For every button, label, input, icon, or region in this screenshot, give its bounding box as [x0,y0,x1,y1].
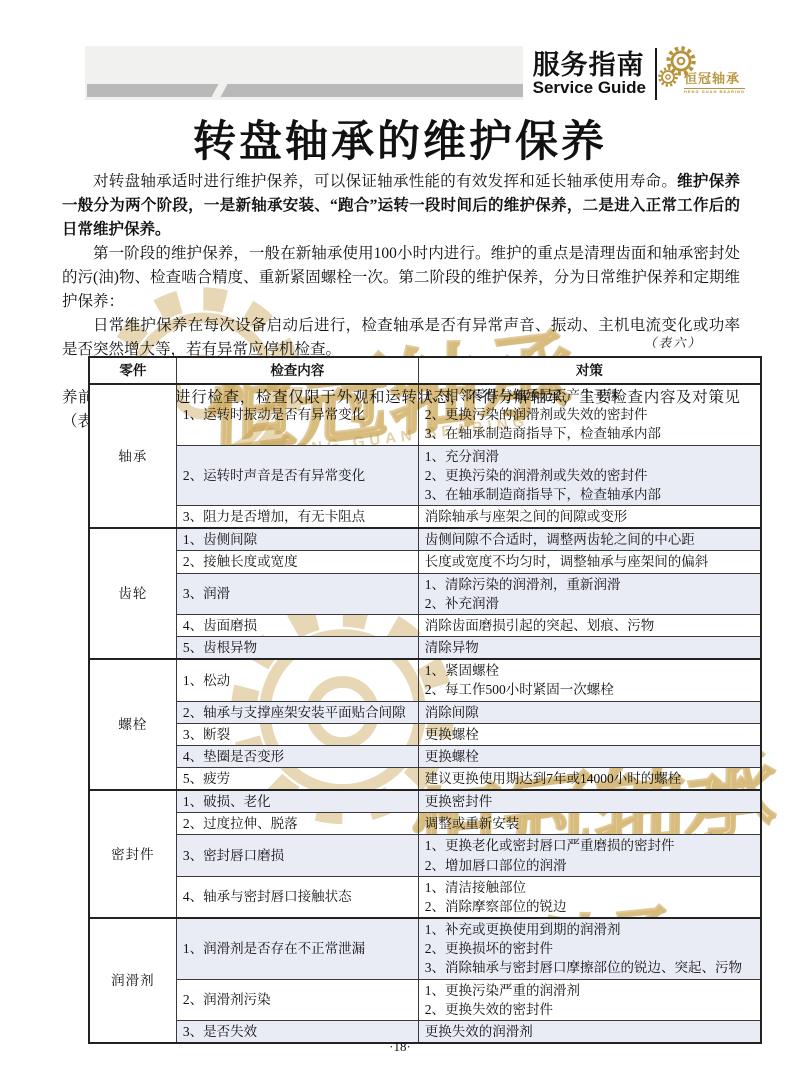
action-line: 清除异物 [425,638,754,657]
action-cell: 调整或重新安装 [418,813,761,835]
table-row: 2、接触长度或宽度长度或宽度不均匀时，调整轴承与座架间的偏斜 [89,551,761,573]
action-line: 消除轴承与座架之间的间隙或变形 [425,507,754,526]
action-line: 1、紧固螺栓 [425,661,754,680]
check-item-cell: 3、断裂 [176,723,418,745]
page-header: 服务指南 Service Guide 恒冠轴承 HE [85,46,750,102]
header-divider [655,48,657,100]
part-name-cell: 轴承 [89,384,176,528]
page-number: ·18· [0,1039,800,1055]
action-line: 更换密封件 [425,792,754,811]
action-cell: 更换螺栓 [418,723,761,745]
column-header-action: 对策 [418,357,761,384]
action-line: 3、在轴承制造商指导下，检查轴承内部 [425,485,754,504]
action-cell: 消除齿面磨损引起的突起、划痕、污物 [418,614,761,636]
action-line: 2、增加唇口部位的润滑 [425,856,754,875]
action-cell: 消除间隙 [418,701,761,723]
part-name-cell: 齿轮 [89,528,176,659]
check-item-cell: 2、过度拉伸、脱落 [176,813,418,835]
column-header-part: 零件 [89,357,176,384]
header-band [85,46,523,100]
check-item-cell: 1、破损、老化 [176,790,418,813]
check-item-cell: 1、运转时振动是否有异常变化 [176,384,418,445]
check-item-cell: 2、运转时声音是否有异常变化 [176,445,418,505]
action-line: 调整或重新安装 [425,814,754,833]
action-line: 1、清洁接触部位 [425,878,754,897]
action-line: 消除齿面磨损引起的突起、划痕、污物 [425,616,754,635]
part-name-cell: 润滑剂 [89,918,176,1043]
table-row: 3、密封唇口磨损1、更换老化或密封唇口严重磨损的密封件2、增加唇口部位的润滑 [89,835,761,876]
table-row: 4、轴承与密封唇口接触状态1、清洁接触部位2、消除摩察部位的锐边 [89,876,761,918]
check-item-cell: 4、垫圈是否变形 [176,745,418,767]
action-cell: 长度或宽度不均匀时，调整轴承与座架间的偏斜 [418,551,761,573]
table-row: 3、阻力是否增加，有无卡阻点消除轴承与座架之间的间隙或变形 [89,506,761,529]
table-row: 2、轴承与支撑座架安装平面贴合间隙消除间隙 [89,701,761,723]
action-line: 1、相邻零件与轴承是否产生干涉 [425,386,754,405]
table-row: 5、齿根异物清除异物 [89,637,761,660]
action-line: 建议更换使用期达到7年或14000小时的螺栓 [425,769,754,788]
header-title-en: Service Guide [533,79,646,97]
logo-brand-subtext: HENG GUAN BEARING [684,88,745,94]
header-bar [87,84,523,97]
check-item-cell: 3、密封唇口磨损 [176,835,418,876]
part-name-cell: 密封件 [89,790,176,918]
action-cell: 齿侧间隙不合适时，调整两齿轮之间的中心距 [418,528,761,551]
page-title: 转盘轴承的维护保养 [0,108,800,169]
check-item-cell: 2、接触长度或宽度 [176,551,418,573]
check-item-cell: 1、润滑剂是否存在不正常泄漏 [176,918,418,979]
action-cell: 1、相邻零件与轴承是否产生干涉2、更换污染的润滑剂或失效的密封件3、在轴承制造商… [418,384,761,445]
action-line: 2、补充润滑 [425,594,754,613]
action-line: 2、更换污染的润滑剂或失效的密封件 [425,466,754,485]
action-cell: 更换螺栓 [418,745,761,767]
brand-logo: 恒冠轴承 HENG GUAN BEARING [664,46,750,102]
action-line: 更换螺栓 [425,747,754,766]
table-header-row: 零件 检查内容 对策 [89,357,761,384]
check-item-cell: 3、润滑 [176,573,418,614]
action-line: 长度或宽度不均匀时，调整轴承与座架间的偏斜 [425,552,754,571]
table-row: 润滑剂1、润滑剂是否存在不正常泄漏1、补充或更换使用到期的润滑剂2、更换损坏的密… [89,918,761,979]
check-item-cell: 2、轴承与支撑座架安装平面贴合间隙 [176,701,418,723]
action-line: 2、更换污染的润滑剂或失效的密封件 [425,405,754,424]
action-line: 1、充分润滑 [425,447,754,466]
action-cell: 1、充分润滑2、更换污染的润滑剂或失效的密封件3、在轴承制造商指导下，检查轴承内… [418,445,761,505]
paragraph: 对转盘轴承适时进行维护保养，可以保证轴承性能的有效发挥和延长轴承使用寿命。维护保… [62,170,740,242]
table-row: 3、润滑1、清除污染的润滑剂，重新润滑2、补充润滑 [89,573,761,614]
action-cell: 1、更换老化或密封唇口严重磨损的密封件2、增加唇口部位的润滑 [418,835,761,876]
table-row: 3、断裂更换螺栓 [89,723,761,745]
action-line: 2、更换失效的密封件 [425,1000,754,1019]
check-item-cell: 5、疲劳 [176,767,418,790]
action-cell: 1、更换污染严重的润滑剂2、更换失效的密封件 [418,979,761,1020]
action-line: 1、补充或更换使用到期的润滑剂 [425,920,754,939]
table-row: 2、运转时声音是否有异常变化1、充分润滑2、更换污染的润滑剂或失效的密封件3、在… [89,445,761,505]
maintenance-table: 零件 检查内容 对策 轴承1、运转时振动是否有异常变化1、相邻零件与轴承是否产生… [88,356,762,1044]
action-cell: 清除异物 [418,637,761,660]
action-cell: 1、清洁接触部位2、消除摩察部位的锐边 [418,876,761,918]
action-line: 2、更换损坏的密封件 [425,939,754,958]
part-name-cell: 螺栓 [89,659,176,790]
action-cell: 1、清除污染的润滑剂，重新润滑2、补充润滑 [418,573,761,614]
table-row: 轴承1、运转时振动是否有异常变化1、相邻零件与轴承是否产生干涉2、更换污染的润滑… [89,384,761,445]
action-cell: 1、紧固螺栓2、每工作500小时紧固一次螺栓 [418,659,761,701]
action-line: 更换螺栓 [425,725,754,744]
table-row: 4、垫圈是否变形更换螺栓 [89,745,761,767]
action-cell: 建议更换使用期达到7年或14000小时的螺栓 [418,767,761,790]
check-item-cell: 1、齿侧间隙 [176,528,418,551]
header-title-cn: 服务指南 [533,51,646,79]
table-row: 2、润滑剂污染1、更换污染严重的润滑剂2、更换失效的密封件 [89,979,761,1020]
table-row: 2、过度拉伸、脱落调整或重新安装 [89,813,761,835]
action-line: 3、在轴承制造商指导下，检查轴承内部 [425,424,754,443]
check-item-cell: 3、阻力是否增加，有无卡阻点 [176,506,418,529]
check-item-cell: 4、轴承与密封唇口接触状态 [176,876,418,918]
action-cell: 消除轴承与座架之间的间隙或变形 [418,506,761,529]
logo-text-block: 恒冠轴承 HENG GUAN BEARING [684,68,745,94]
action-line: 2、每工作500小时紧固一次螺栓 [425,680,754,699]
header-titles: 服务指南 Service Guide [533,46,646,102]
table-row: 5、疲劳建议更换使用期达到7年或14000小时的螺栓 [89,767,761,790]
action-cell: 1、补充或更换使用到期的润滑剂2、更换损坏的密封件3、消除轴承与密封唇口摩擦部位… [418,918,761,979]
action-cell: 更换密封件 [418,790,761,813]
check-item-cell: 5、齿根异物 [176,637,418,660]
header-bar-notch [210,82,228,99]
action-line: 1、清除污染的润滑剂，重新润滑 [425,575,754,594]
check-item-cell: 1、松动 [176,659,418,701]
table-row: 4、齿面磨损消除齿面磨损引起的突起、划痕、污物 [89,614,761,636]
action-line: 3、消除轴承与密封唇口摩擦部位的锐边、突起、污物 [425,958,754,977]
check-item-cell: 4、齿面磨损 [176,614,418,636]
gear-icon [658,67,678,87]
logo-brand-name: 恒冠轴承 [684,68,745,87]
table-row: 螺栓1、松动1、紧固螺栓2、每工作500小时紧固一次螺栓 [89,659,761,701]
table-row: 密封件1、破损、老化更换密封件 [89,790,761,813]
document-page: 恒冠轴承 HENG GUAN BEARING 恒冠轴承 HENG GUAN BE… [0,0,800,1085]
table-body: 轴承1、运转时振动是否有异常变化1、相邻零件与轴承是否产生干涉2、更换污染的润滑… [89,384,761,1043]
table-row: 齿轮1、齿侧间隙齿侧间隙不合适时，调整两齿轮之间的中心距 [89,528,761,551]
action-line: 1、更换老化或密封唇口严重磨损的密封件 [425,836,754,855]
column-header-check: 检查内容 [176,357,418,384]
table-label: （表六） [644,333,702,351]
action-line: 2、消除摩察部位的锐边 [425,897,754,916]
action-line: 消除间隙 [425,703,754,722]
action-line: 齿侧间隙不合适时，调整两齿轮之间的中心距 [425,530,754,549]
paragraph: 日常维护保养在每次设备启动后进行，检查轴承是否有异常声音、振动、主机电流变化或功… [62,314,740,362]
action-line: 1、更换污染严重的润滑剂 [425,981,754,1000]
paragraph: 第一阶段的维护保养，一般在新轴承使用100小时内进行。维护的重点是清理齿面和轴承… [62,242,740,314]
check-item-cell: 2、润滑剂污染 [176,979,418,1020]
